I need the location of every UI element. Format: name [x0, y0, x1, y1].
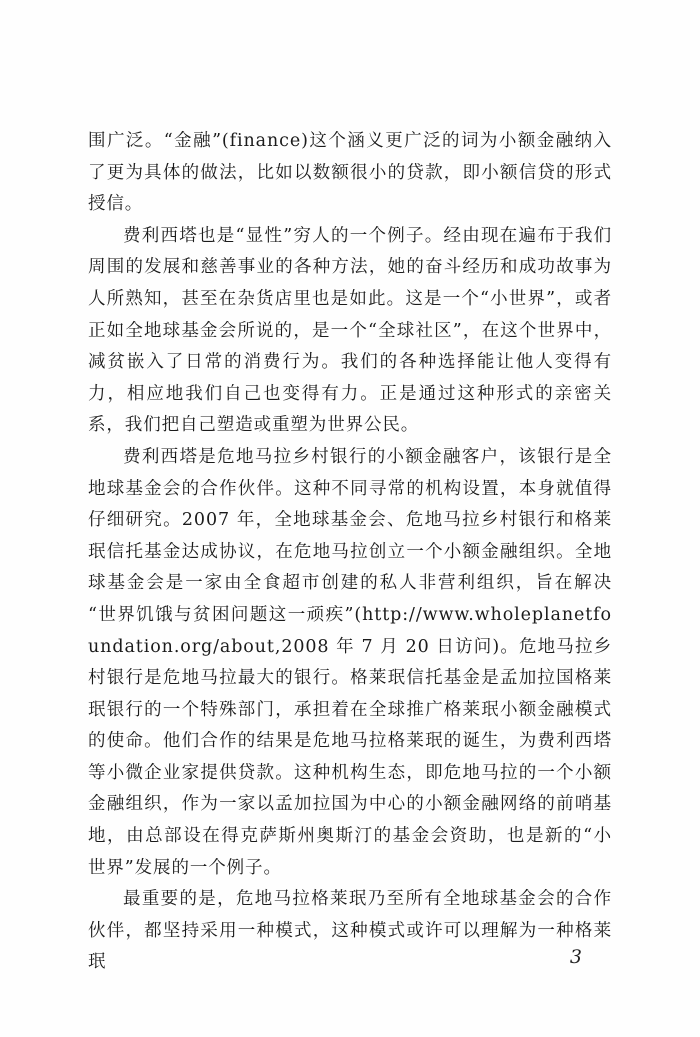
body-text: 围广泛。“金融”(finance)这个涵义更广泛的词为小额金融纳入了更为具体的做… — [88, 126, 612, 979]
paragraph: 费利西塔也是“显性”穷人的一个例子。经由现在遍布于我们周围的发展和慈善事业的各种… — [88, 221, 612, 442]
paragraph-continued: 围广泛。“金融”(finance)这个涵义更广泛的词为小额金融纳入了更为具体的做… — [88, 126, 612, 221]
paragraph: 最重要的是，危地马拉格莱珉乃至所有全地球基金会的合作伙伴，都坚持采用一种模式，这… — [88, 884, 612, 979]
book-page: 围广泛。“金融”(finance)这个涵义更广泛的词为小额金融纳入了更为具体的做… — [0, 0, 700, 1037]
paragraph: 费利西塔是危地马拉乡村银行的小额金融客户，该银行是全地球基金会的合作伙伴。这种不… — [88, 442, 612, 884]
page-number: 3 — [570, 946, 582, 968]
